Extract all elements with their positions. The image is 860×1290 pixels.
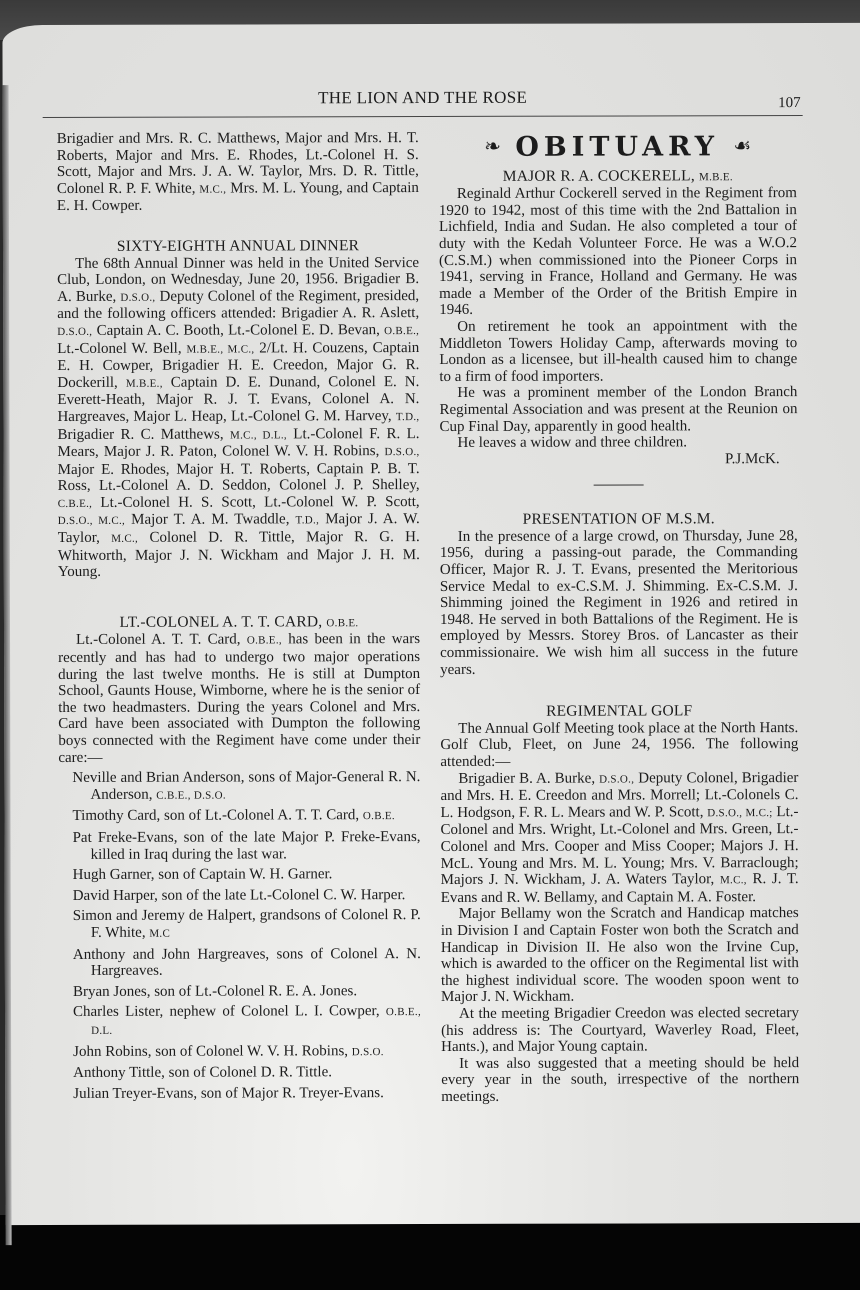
text-run: Lt.-Colonel A. T. T. Card,: [76, 632, 247, 648]
text-run: Neville and Brian Anderson, sons of Majo…: [72, 769, 420, 802]
obituary-subject: MAJOR R. A. COCKERELL, M.B.E.: [439, 168, 797, 187]
obituary-title: ❧ OBITUARY ☙: [439, 137, 797, 157]
golf-paragraph: The Annual Golf Meeting took place at th…: [440, 720, 798, 771]
postnominal: D.S.O., M.C.,: [58, 515, 125, 527]
continued-attendee-list: Brigadier and Mrs. R. C. Matthews, Major…: [57, 130, 419, 215]
golf-paragraph: Major Bellamy won the Scratch and Handic…: [441, 905, 799, 1005]
postnominal: M.C.,: [720, 874, 747, 886]
list-item: Anthony and John Hargreaves, sons of Col…: [73, 946, 421, 980]
obituary-heading-text: OBITUARY: [515, 131, 719, 163]
obituary-paragraph: He was a prominent member of the London …: [439, 384, 797, 435]
list-item: John Robins, son of Colonel W. V. H. Rob…: [73, 1043, 421, 1062]
text-run: has been in the wars recently and has ha…: [58, 631, 420, 765]
publication-title: THE LION AND THE ROSE: [43, 87, 803, 109]
text-run: Brigadier R. C. Matthews,: [57, 426, 230, 442]
obituary-paragraph: On retirement he took an appointment wit…: [439, 318, 797, 385]
running-header: THE LION AND THE ROSE 107: [43, 85, 803, 118]
postnominal: M.B.E., M.C.,: [186, 343, 254, 355]
card-body: Lt.-Colonel A. T. T. Card, O.B.E., has b…: [58, 631, 420, 766]
postnominal: D.S.O.,: [384, 446, 419, 458]
postnominal: M.C.,: [111, 533, 138, 545]
obituary-paragraph: He leaves a widow and three children.: [440, 434, 798, 452]
list-item: Anthony Tittle, son of Colonel D. R. Tit…: [73, 1064, 421, 1082]
postnominal: T.D.,: [396, 411, 420, 423]
postnominal: O.B.E.: [326, 617, 358, 629]
floral-ornament-left-icon: ❧: [484, 134, 501, 158]
text-run: Simon and Jeremy de Halpert, grandsons o…: [73, 907, 421, 940]
postnominal: C.B.E.,: [58, 498, 93, 510]
page-number: 107: [778, 95, 801, 112]
card-section: LT.-COLONEL A. T. T. CARD, O.B.E. Lt.-Co…: [58, 614, 421, 1102]
postnominal: M.B.E.,: [126, 377, 163, 389]
text-run: John Robins, son of Colonel W. V. H. Rob…: [73, 1043, 352, 1060]
list-item: Pat Freke-Evans, son of the late Major P…: [73, 829, 421, 863]
text-run: Charles Lister, nephew of Colonel L. I. …: [73, 1003, 386, 1020]
section-heading-golf: REGIMENTAL GOLF: [440, 703, 798, 721]
text-run: Major T. A. M. Twaddle,: [125, 512, 295, 528]
text-run: Lt.-Colonel H. S. Scott, Lt.-Colonel W. …: [92, 494, 420, 511]
right-column: ❧ OBITUARY ☙ MAJOR R. A. COCKERELL, M.B.…: [439, 129, 800, 1105]
list-item: David Harper, son of the late Lt.-Colone…: [73, 887, 421, 905]
msm-section: PRESENTATION OF M.S.M. In the presence o…: [440, 511, 798, 678]
text-run: Major E. Rhodes, Major H. T. Roberts, Ca…: [58, 461, 420, 495]
text-run: Brigadier B. A. Burke,: [458, 770, 599, 786]
text-run: David Harper, son of the late Lt.-Colone…: [73, 887, 406, 904]
golf-paragraph: It was also suggested that a meeting sho…: [441, 1055, 799, 1106]
obituary-paragraph: Reginald Arthur Cockerell served in the …: [439, 185, 797, 319]
page-binding-edge: [3, 85, 12, 1245]
list-item: Neville and Brian Anderson, sons of Majo…: [72, 769, 420, 804]
list-item: Timothy Card, son of Lt.-Colonel A. T. T…: [72, 807, 420, 826]
obituary-signature: P.J.McK.: [440, 451, 798, 469]
postnominal: O.B.E.,: [384, 325, 419, 337]
postnominal: D.S.O.,: [120, 291, 155, 303]
postnominal: M.C: [149, 928, 170, 940]
section-heading-msm: PRESENTATION OF M.S.M.: [440, 511, 798, 529]
annual-dinner-section: SIXTY-EIGHTH ANNUAL DINNER The 68th Annu…: [57, 238, 420, 581]
boys-list: Neville and Brian Anderson, sons of Majo…: [58, 769, 421, 1102]
postnominal: M.B.E.: [699, 171, 733, 183]
list-item: Julian Treyer-Evans, son of Major R. Tre…: [73, 1085, 421, 1103]
msm-body: In the presence of a large crowd, on Thu…: [440, 528, 798, 678]
list-item: Charles Lister, nephew of Colonel L. I. …: [73, 1003, 421, 1039]
left-column: Brigadier and Mrs. R. C. Matthews, Major…: [57, 130, 422, 1106]
section-heading-card: LT.-COLONEL A. T. T. CARD, O.B.E.: [58, 614, 420, 633]
golf-paragraph: At the meeting Brigadier Creedon was ele…: [441, 1005, 799, 1056]
list-item: Bryan Jones, son of Lt.-Colonel R. E. A.…: [73, 983, 421, 1001]
text-run: Julian Treyer-Evans, son of Major R. Tre…: [73, 1085, 384, 1102]
text-run: Pat Freke-Evans, son of the late Major P…: [73, 829, 421, 862]
postnominal: D.S.O.,: [57, 326, 92, 338]
postnominal: D.S.O.: [352, 1046, 384, 1058]
postnominal: O.B.E.: [363, 810, 395, 822]
book-page: THE LION AND THE ROSE 107 Brigadier and …: [2, 23, 860, 1225]
annual-dinner-body: The 68th Annual Dinner was held in the U…: [57, 255, 420, 581]
postnominal: D.S.O., M.C.;: [707, 807, 772, 819]
section-divider: [594, 485, 644, 486]
text-run: Anthony and John Hargreaves, sons of Col…: [73, 946, 421, 979]
golf-attendees: Brigadier B. A. Burke, D.S.O., Deputy Co…: [440, 770, 798, 907]
heading-text: MAJOR R. A. COCKERELL,: [503, 167, 695, 185]
section-heading-annual-dinner: SIXTY-EIGHTH ANNUAL DINNER: [57, 238, 419, 256]
postnominal: M.C., D.L.,: [230, 429, 287, 441]
list-item: Hugh Garner, son of Captain W. H. Garner…: [73, 866, 421, 884]
postnominal: T.D.,: [296, 515, 320, 527]
text-run: Hugh Garner, son of Captain W. H. Garner…: [73, 866, 333, 883]
text-run: Lt.-Colonel W. Bell,: [57, 340, 186, 356]
postnominal: D.S.O.,: [599, 773, 634, 785]
postnominal: M.C.,: [199, 183, 226, 195]
heading-text: LT.-COLONEL A. T. T. CARD,: [119, 613, 322, 631]
postnominal: C.B.E., D.S.O.: [156, 789, 226, 801]
text-run: Timothy Card, son of Lt.-Colonel A. T. T…: [72, 808, 362, 825]
postnominal: O.B.E.,: [247, 635, 282, 647]
list-item: Simon and Jeremy de Halpert, grandsons o…: [73, 907, 421, 942]
scan-background-bottom: [0, 1215, 860, 1290]
floral-ornament-right-icon: ☙: [733, 133, 751, 157]
text-run: Bryan Jones, son of Lt.-Colonel R. E. A.…: [73, 983, 357, 1000]
golf-section: REGIMENTAL GOLF The Annual Golf Meeting …: [440, 703, 799, 1105]
text-run: Captain A. C. Booth, Lt.-Colonel E. D. B…: [92, 322, 384, 339]
text-run: Anthony Tittle, son of Colonel D. R. Tit…: [73, 1064, 332, 1081]
